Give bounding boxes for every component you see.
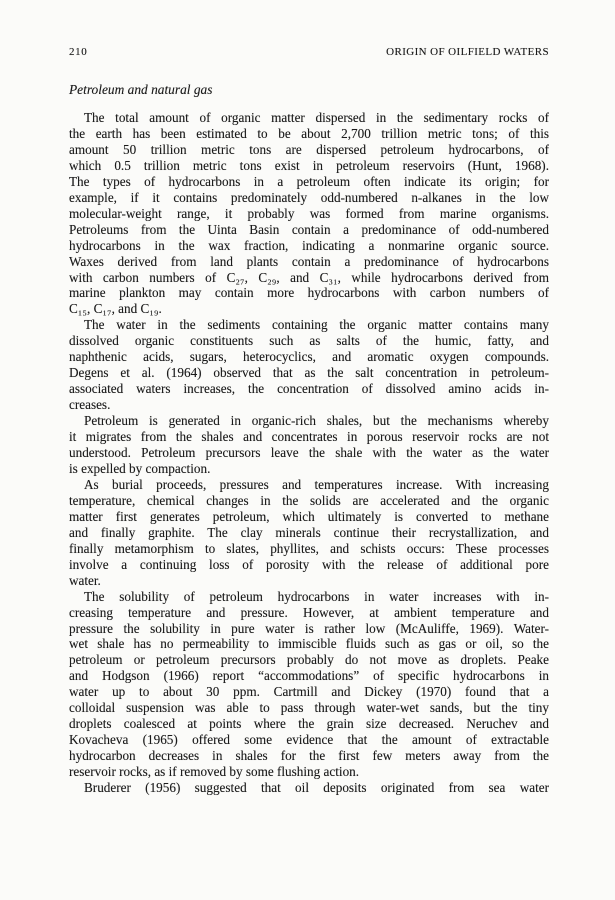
paragraph: Bruderer (1956) suggested that oil depos… (69, 780, 549, 796)
text-line: wet shale has no permeability to immisci… (69, 636, 549, 652)
text-line: amount 50 trillion metric tons are dispe… (69, 142, 549, 158)
text-line: it migrates from the shales and concentr… (69, 429, 549, 445)
text-line: hydrocarbon decreases in shales for the … (69, 748, 549, 764)
paragraph: The water in the sediments containing th… (69, 317, 549, 413)
paragraph: Petroleum is generated in organic-rich s… (69, 413, 549, 477)
text-line: creasing temperature and pressure. Howev… (69, 605, 549, 621)
text-line: C₁₅, C₁₇, and C₁₉. (69, 301, 549, 317)
paragraph: The total amount of organic matter dispe… (69, 110, 549, 317)
text-line: molecular-weight range, it probably was … (69, 206, 549, 222)
text-line: Kovacheva (1965) offered some evidence t… (69, 732, 549, 748)
text-line: Waxes derived from land plants contain a… (69, 254, 549, 270)
text-line: water up to about 30 ppm. Cartmill and D… (69, 684, 549, 700)
text-line: The total amount of organic matter dispe… (69, 110, 549, 126)
text-line: droplets coalesced at points where the g… (69, 716, 549, 732)
text-line: The types of hydrocarbons in a petroleum… (69, 174, 549, 190)
text-line: Petroleum is generated in organic-rich s… (69, 413, 549, 429)
running-title: ORIGIN OF OILFIELD WATERS (386, 46, 549, 58)
text-line: involve a continuing loss of porosity wi… (69, 557, 549, 573)
text-line: colloidal suspension was able to pass th… (69, 700, 549, 716)
text-line: reservoir rocks, as if removed by some f… (69, 764, 549, 780)
text-line: Petroleums from the Uinta Basin contain … (69, 222, 549, 238)
text-line: finally metamorphism to slates, phyllite… (69, 541, 549, 557)
text-line: Degens et al. (1964) observed that as th… (69, 365, 549, 381)
text-line: water. (69, 573, 549, 589)
text-line: Bruderer (1956) suggested that oil depos… (69, 780, 549, 796)
text-line: marine plankton may contain more hydroca… (69, 285, 549, 301)
text-line: creases. (69, 397, 549, 413)
text-line: petroleum or petroleum precursors probab… (69, 652, 549, 668)
text-line: pressure the solubility in pure water is… (69, 621, 549, 637)
text-line: which 0.5 trillion metric tons exist in … (69, 158, 549, 174)
text-line: example, if it contains predominately od… (69, 190, 549, 206)
text-line: and Hodgson (1966) report “accommodation… (69, 668, 549, 684)
page-body: The total amount of organic matter dispe… (69, 110, 549, 796)
text-line: temperature, chemical changes in the sol… (69, 493, 549, 509)
text-line: naphthenic acids, sugars, heterocyclics,… (69, 349, 549, 365)
text-line: is expelled by compaction. (69, 461, 549, 477)
text-line: dissolved organic constituents such as s… (69, 333, 549, 349)
page-number: 210 (69, 46, 87, 58)
text-line: understood. Petroleum precursors leave t… (69, 445, 549, 461)
text-line: The water in the sediments containing th… (69, 317, 549, 333)
text-line: the earth has been estimated to be about… (69, 126, 549, 142)
text-line: The solubility of petroleum hydrocarbons… (69, 589, 549, 605)
text-line: hydrocarbons in the wax fraction, indica… (69, 238, 549, 254)
text-line: with carbon numbers of C₂₇, C₂₉, and C₃₁… (69, 270, 549, 286)
page-header: 210 ORIGIN OF OILFIELD WATERS (69, 46, 549, 58)
paragraph: The solubility of petroleum hydrocarbons… (69, 589, 549, 780)
text-line: matter first generates petroleum, which … (69, 509, 549, 525)
section-heading: Petroleum and natural gas (69, 82, 212, 98)
text-line: associated waters increases, the concent… (69, 381, 549, 397)
text-line: As burial proceeds, pressures and temper… (69, 477, 549, 493)
book-page: 210 ORIGIN OF OILFIELD WATERS Petroleum … (0, 0, 615, 900)
text-line: and finally graphite. The clay minerals … (69, 525, 549, 541)
paragraph: As burial proceeds, pressures and temper… (69, 477, 549, 589)
